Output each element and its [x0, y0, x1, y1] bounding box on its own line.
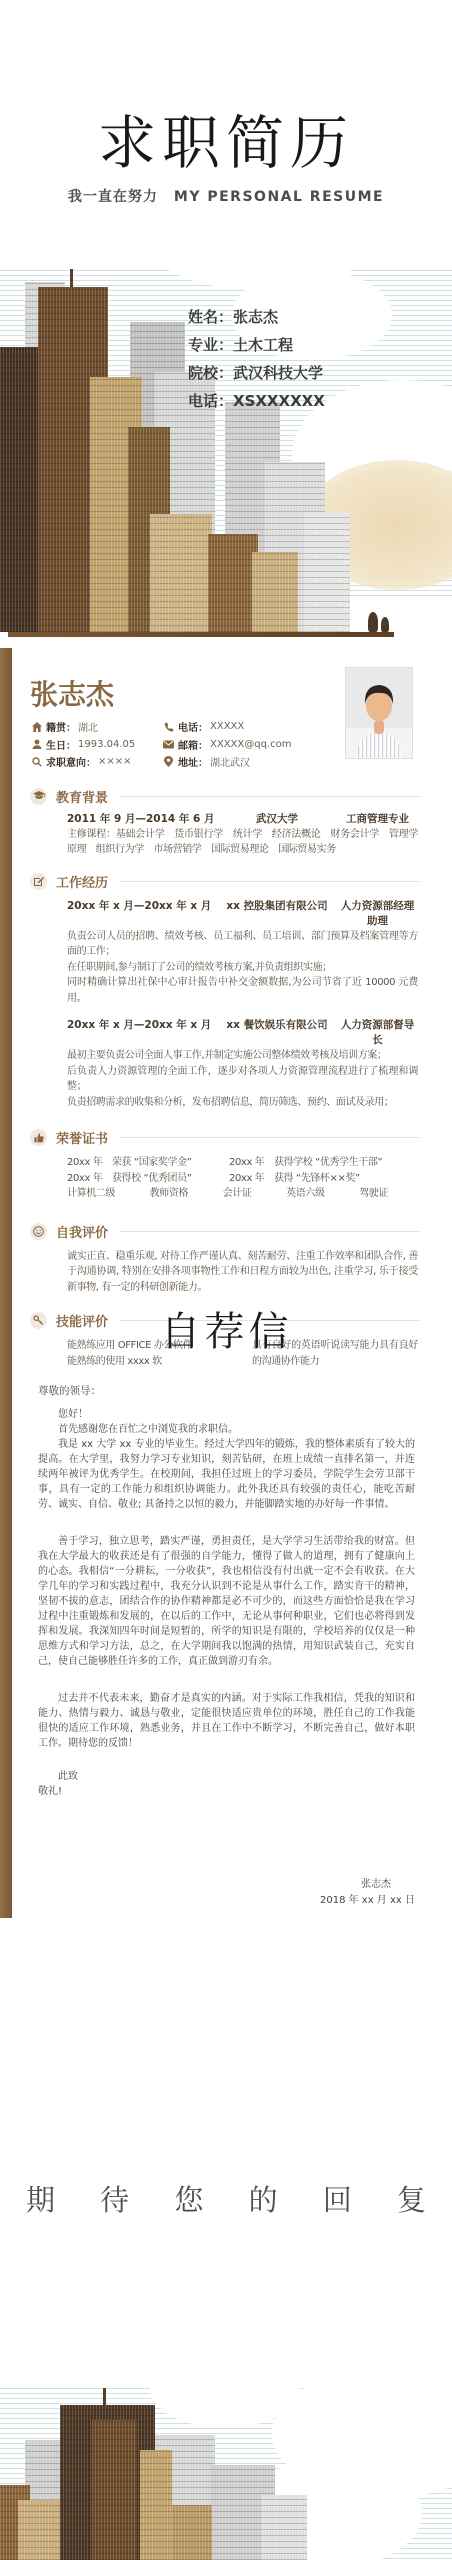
skyline-baseline — [8, 632, 394, 637]
section-experience: 工作经历 — [30, 872, 420, 891]
section-rule — [120, 881, 420, 882]
cover-letter: 自荐信 尊敬的领导： 您好！ 首先感谢您在百忙之中浏览我的求职信。 我是 xx … — [38, 1300, 415, 1909]
cover-field-school: 院校：武汉科技大学 — [188, 359, 325, 387]
letter-thanks: 首先感谢您在百忙之中浏览我的求职信。 — [38, 1422, 415, 1437]
section-rule — [120, 1231, 420, 1232]
honor-row: 20xx 年 获得校 “优秀团员” 20xx 年 获得 “先锋杯××奖” — [67, 1171, 418, 1187]
user-icon — [30, 739, 43, 749]
certificates-row: 计算机二级 教师资格 会计证 英语六级 驾驶证 — [67, 1186, 418, 1202]
contact-value: 湖北武汉 — [210, 754, 250, 769]
letter-hello: 您好！ — [38, 1407, 415, 1422]
certificate: 英语六级 — [286, 1186, 324, 1202]
job-heading: 20xx 年 x 月—20xx 年 x 月 xx 餐饮娱乐有限公司 人力资源部督… — [67, 1018, 418, 1048]
footer-text: 期 待 您 的 回 复 — [0, 2178, 452, 2219]
job-heading: 20xx 年 x 月—20xx 年 x 月 xx 控股集团有限公司 人力资源部经… — [67, 899, 418, 929]
letter-paragraph: 善于学习，独立思考，踏实严谨，勇担责任，是大学学习生活带给我的财富。但我在大学最… — [38, 1534, 415, 1669]
job-period: 20xx 年 x 月—20xx 年 x 月 — [67, 1018, 217, 1048]
job-duty: 负责公司人员的招聘、绩效考核、员工福利、员工培训、部门预算及档案管理等方面的工作… — [67, 929, 418, 960]
contact-value: ×××× — [98, 756, 132, 767]
job-company: xx 控股集团有限公司 — [217, 899, 337, 929]
avatar — [346, 668, 412, 758]
cover-title: 求职简历 — [0, 112, 452, 176]
section-education: 教育背景 — [30, 787, 420, 806]
job-duty: 后负责人力资源管理的全面工作，逐步对各项人力资源管理流程进行了梳理和调整； — [67, 1064, 418, 1095]
honor-item: 20xx 年 获得学校 “优秀学生干部” — [229, 1155, 382, 1171]
education-row: 2011 年 9 月—2014 年 6 月 武汉大学 工商管理专业 — [67, 812, 418, 827]
building-tan — [172, 2505, 212, 2560]
graduation-cap-icon — [30, 788, 47, 805]
certificate: 教师资格 — [150, 1186, 188, 1202]
smiley-icon — [30, 1223, 47, 1240]
certificate: 驾驶证 — [359, 1186, 388, 1202]
contact-label: 生日： — [46, 737, 76, 752]
honor-row: 20xx 年 荣获 “国家奖学金” 20xx 年 获得学校 “优秀学生干部” — [67, 1155, 418, 1171]
job-company: xx 餐饮娱乐有限公司 — [217, 1018, 337, 1048]
letter-paragraph: 过去并不代表未来，勤奋才是真实的内涵。对于实际工作我相信，凭我的知识和能力、热情… — [38, 1691, 415, 1751]
cover-letter-title: 自荐信 — [38, 1300, 415, 1357]
letter-signature: 张志杰 — [38, 1877, 391, 1893]
section-title: 自我评价 — [56, 1222, 108, 1241]
section-honors: 荣誉证书 — [30, 1128, 420, 1147]
cover-field-name: 姓名：张志杰 — [188, 303, 325, 331]
cover-field-major: 专业：土木工程 — [188, 331, 325, 359]
resume-page: 求职简历 我一直在努力MY PERSONAL RESUME 姓名：张志杰 专业： — [0, 0, 452, 2560]
cover-field-phone: 电话：XSXXXXXX — [188, 387, 325, 415]
job-block: 20xx 年 x 月—20xx 年 x 月 xx 控股集团有限公司 人力资源部经… — [67, 899, 418, 1007]
job-period: 20xx 年 x 月—20xx 年 x 月 — [67, 899, 217, 929]
search-icon — [30, 757, 43, 767]
letter-paragraph: 我是 xx 大学 xx 专业的毕业生。经过大学四年的锻炼，我的整体素质有了较大的… — [38, 1437, 415, 1512]
thumbs-up-icon — [30, 1129, 47, 1146]
cover-skyline-illustration — [0, 230, 452, 637]
building-brown — [92, 2420, 137, 2560]
building-tan — [140, 2450, 172, 2560]
job-role: 人力资源部经理助理 — [337, 899, 418, 929]
building-grey — [262, 2495, 307, 2560]
education-courses: 主修课程：基础会计学 货币银行学 统计学 经济法概论 财务会计学 管理学原理 组… — [67, 827, 418, 858]
cover-subtitle-cn: 我一直在努力 — [68, 189, 158, 205]
edit-icon — [30, 873, 47, 890]
section-rule — [120, 796, 420, 797]
certificate: 会计证 — [223, 1186, 252, 1202]
contact-row: 地址： 湖北武汉 — [162, 753, 342, 771]
home-icon — [30, 722, 43, 732]
building-grey — [305, 512, 350, 632]
letter-date: 2018 年 xx 月 xx 日 — [38, 1893, 415, 1909]
building-tan — [150, 514, 212, 632]
letter-signature-block: 张志杰 2018 年 xx 月 xx 日 — [38, 1877, 415, 1909]
phone-icon — [162, 722, 175, 732]
contact-label: 籍贯： — [46, 719, 76, 734]
mail-icon — [162, 740, 175, 749]
location-icon — [162, 756, 175, 767]
contact-row: 求职意向： ×××× — [30, 753, 162, 771]
job-duty: 最初主要负责公司全面人事工作,并制定实施公司整体绩效考核及培训方案； — [67, 1048, 418, 1064]
building-brown — [208, 534, 258, 632]
honor-item: 20xx 年 获得 “先锋杯××奖” — [229, 1171, 360, 1187]
honor-item: 20xx 年 获得校 “优秀团员” — [67, 1171, 229, 1187]
education-period: 2011 年 9 月—2014 年 6 月 — [67, 812, 217, 827]
job-duty: 负责招聘需求的收集和分析，发布招聘信息，简历筛选、预约、面试及录用； — [67, 1095, 418, 1111]
contact-label: 求职意向： — [46, 754, 96, 769]
contact-value: XXXXX — [210, 721, 244, 732]
accent-stripe — [0, 648, 12, 1918]
contact-value: XXXXX@qq.com — [210, 739, 291, 750]
contact-row: 邮箱： XXXXX@qq.com — [162, 736, 342, 754]
section-self-evaluation: 自我评价 — [30, 1222, 420, 1241]
contact-label: 邮箱： — [178, 737, 208, 752]
building-tan — [18, 2500, 63, 2560]
contact-value: 1993.04.05 — [78, 739, 135, 750]
cover-info: 姓名：张志杰 专业：土木工程 院校：武汉科技大学 电话：XSXXXXXX — [188, 303, 325, 415]
certificate: 计算机二级 — [67, 1186, 115, 1202]
section-rule — [120, 1137, 420, 1138]
letter-closing: 此致 — [38, 1769, 415, 1784]
contact-label: 电话： — [178, 719, 208, 734]
job-duty: 在任职期间,参与制订了公司的绩效考核方案,并负责组织实施； — [67, 960, 418, 976]
tree — [368, 612, 378, 632]
honor-item: 20xx 年 荣获 “国家奖学金” — [67, 1155, 229, 1171]
cover-subtitle: 我一直在努力MY PERSONAL RESUME — [0, 186, 452, 206]
contact-value: 湖北 — [78, 719, 98, 734]
job-role: 人力资源部督导长 — [337, 1018, 418, 1048]
cover-subtitle-en: MY PERSONAL RESUME — [174, 189, 384, 205]
letter-salutation: 尊敬的领导： — [38, 1383, 415, 1399]
letter-closing: 敬礼! — [38, 1784, 415, 1799]
contact-row: 籍贯： 湖北 — [30, 718, 162, 736]
section-title: 工作经历 — [56, 872, 108, 891]
tree — [381, 617, 389, 632]
resume-detail: 张志杰 籍贯： 湖北 生日： 1993.04.05 求职意向： ×××× — [12, 648, 440, 1369]
education-major: 工商管理专业 — [337, 812, 418, 827]
section-title: 荣誉证书 — [56, 1128, 108, 1147]
self-evaluation-text: 诚实正直、稳重乐观, 对待工作严谨认真、刻苦耐劳、注重工作效率和团队合作, 善于… — [67, 1249, 418, 1296]
education-school: 武汉大学 — [217, 812, 337, 827]
section-title: 教育背景 — [56, 787, 108, 806]
contact-row: 电话： XXXXX — [162, 718, 342, 736]
job-duty: 同时精确计算出社保中心审计报告中补交金额数据,为公司节省了近 10000 元费用… — [67, 975, 418, 1006]
contact-label: 地址： — [178, 754, 208, 769]
contact-row: 生日： 1993.04.05 — [30, 736, 162, 754]
footer-skyline-illustration — [0, 2388, 452, 2560]
building-tan — [252, 552, 298, 632]
job-block: 20xx 年 x 月—20xx 年 x 月 xx 餐饮娱乐有限公司 人力资源部督… — [67, 1018, 418, 1110]
